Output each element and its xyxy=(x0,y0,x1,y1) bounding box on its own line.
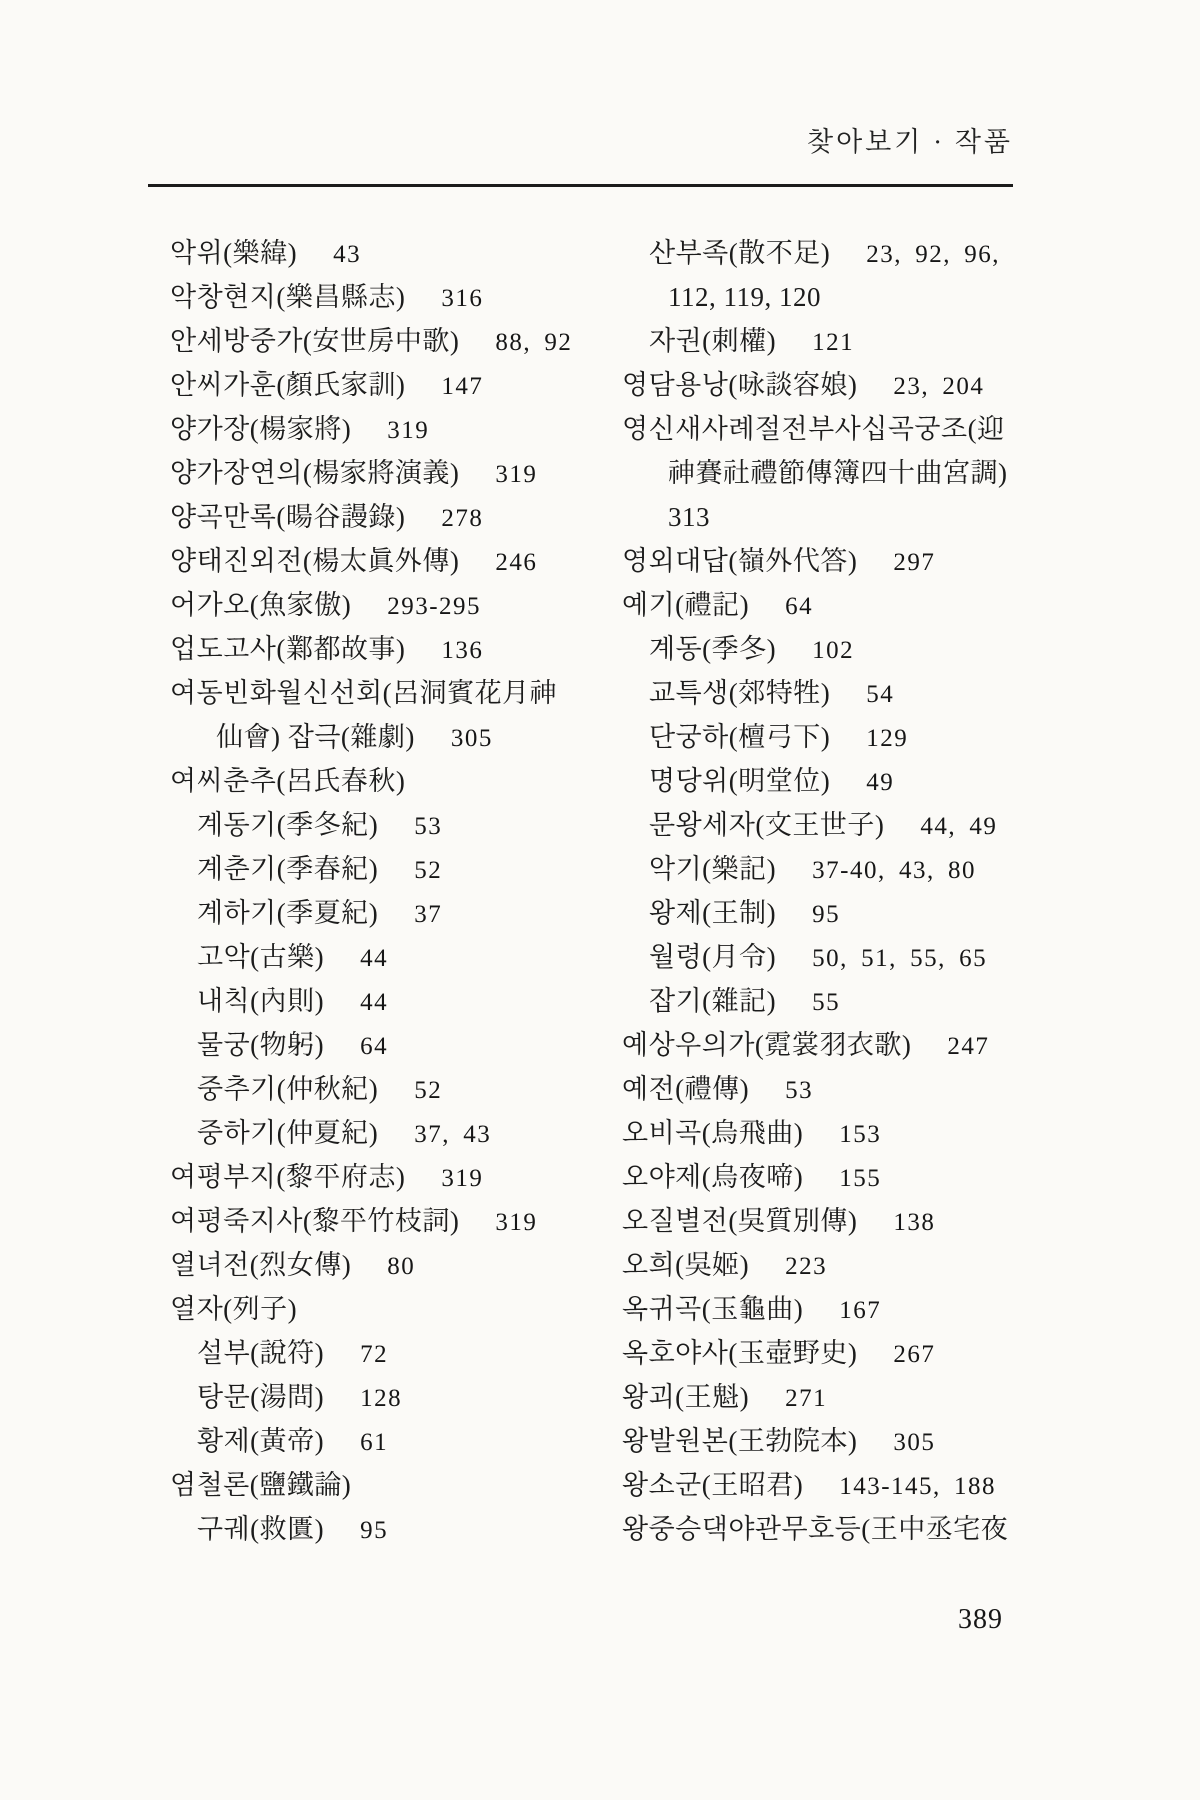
entry-text: 잡기(雜記) xyxy=(649,986,776,1016)
entry-pages: 271 xyxy=(785,1385,827,1412)
page-number: 389 xyxy=(958,1604,1003,1636)
index-entry: 잡기(雜記)55 xyxy=(622,979,1092,1023)
index-entry: 옥호야사(玉壺野史)267 xyxy=(622,1331,1092,1375)
index-entry: 열녀전(烈女傳)80 xyxy=(170,1243,622,1287)
entry-pages: 278 xyxy=(441,505,483,532)
entry-text: 악기(樂記) xyxy=(649,854,776,884)
entry-pages: 267 xyxy=(893,1341,935,1368)
entry-text: 왕발원본(王勃院本) xyxy=(622,1426,857,1456)
entry-pages: 37, 43 xyxy=(414,1121,491,1148)
entry-pages: 80 xyxy=(387,1253,415,1280)
entry-pages: 138 xyxy=(893,1209,935,1236)
index-entry: 탕문(湯問)128 xyxy=(170,1375,622,1419)
index-entry: 고악(古樂)44 xyxy=(170,935,622,979)
header-rule xyxy=(148,184,1013,187)
entry-text: 자권(刺權) xyxy=(649,326,776,356)
entry-text: 오질별전(吳質別傳) xyxy=(622,1206,857,1236)
entry-pages: 153 xyxy=(839,1121,881,1148)
entry-text: 악창현지(樂昌縣志) xyxy=(170,282,405,312)
entry-text: 염철론(鹽鐵論) xyxy=(170,1470,351,1500)
index-column-left: 악위(樂緯)43악창현지(樂昌縣志)316안세방중가(安世房中歌)88, 92안… xyxy=(170,231,622,1551)
index-entry: 설부(說符)72 xyxy=(170,1331,622,1375)
entry-pages: 316 xyxy=(441,285,483,312)
entry-pages: 50, 51, 55, 65 xyxy=(812,945,987,972)
index-entry: 112, 119, 120 xyxy=(622,275,1092,319)
entry-pages: 305 xyxy=(893,1429,935,1456)
entry-text: 업도고사(鄴都故事) xyxy=(170,634,405,664)
index-entry: 왕소군(王昭君)143-145, 188 xyxy=(622,1463,1092,1507)
entry-text: 물궁(物躬) xyxy=(197,1030,324,1060)
entry-text: 왕제(王制) xyxy=(649,898,776,928)
entry-text: 월령(月令) xyxy=(649,942,776,972)
entry-text: 황제(黃帝) xyxy=(197,1426,324,1456)
index-entry: 계하기(季夏紀)37 xyxy=(170,891,622,935)
index-entry: 왕발원본(王勃院本)305 xyxy=(622,1419,1092,1463)
index-entry: 오비곡(烏飛曲)153 xyxy=(622,1111,1092,1155)
entry-text: 탕문(湯問) xyxy=(197,1382,324,1412)
entry-text: 어가오(魚家傲) xyxy=(170,590,351,620)
entry-pages: 128 xyxy=(360,1385,402,1412)
entry-pages: 155 xyxy=(839,1165,881,1192)
entry-pages: 53 xyxy=(785,1077,813,1104)
entry-text: 영담용낭(咏談容娘) xyxy=(622,370,857,400)
entry-text: 왕소군(王昭君) xyxy=(622,1470,803,1500)
entry-text: 계동기(季冬紀) xyxy=(197,810,378,840)
entry-text: 열녀전(烈女傳) xyxy=(170,1250,351,1280)
entry-pages: 102 xyxy=(812,637,854,664)
entry-pages: 72 xyxy=(360,1341,388,1368)
entry-text: 여동빈화월신선회(呂洞賓花月神 xyxy=(170,678,557,708)
index-entry: 구궤(救匱)95 xyxy=(170,1507,622,1551)
entry-text: 안씨가훈(顏氏家訓) xyxy=(170,370,405,400)
entry-text: 神賽社禮節傳簿四十曲宮調) xyxy=(668,458,1008,488)
entry-text: 문왕세자(文王世子) xyxy=(649,810,884,840)
entry-pages: 121 xyxy=(812,329,854,356)
index-entry: 여평부지(黎平府志)319 xyxy=(170,1155,622,1199)
entry-pages: 319 xyxy=(495,1209,537,1236)
index-entry: 업도고사(鄴都故事)136 xyxy=(170,627,622,671)
entry-pages: 53 xyxy=(414,813,442,840)
index-entry: 내칙(內則)44 xyxy=(170,979,622,1023)
entry-text: 여평죽지사(黎平竹枝詞) xyxy=(170,1206,459,1236)
entry-pages: 88, 92 xyxy=(495,329,572,356)
index-entry: 왕괴(王魁)271 xyxy=(622,1375,1092,1419)
entry-text: 양가장연의(楊家將演義) xyxy=(170,458,459,488)
entry-pages: 95 xyxy=(360,1517,388,1544)
entry-text: 오야제(烏夜啼) xyxy=(622,1162,803,1192)
index-entry: 예전(禮傳)53 xyxy=(622,1067,1092,1111)
index-entry: 예상우의가(霓裳羽衣歌)247 xyxy=(622,1023,1092,1067)
index-entry: 열자(列子) xyxy=(170,1287,622,1331)
entry-pages: 319 xyxy=(441,1165,483,1192)
entry-pages: 246 xyxy=(495,549,537,576)
index-entry: 神賽社禮節傳簿四十曲宮調) xyxy=(622,451,1092,495)
entry-text: 중하기(仲夏紀) xyxy=(197,1118,378,1148)
index-entry: 양가장(楊家將)319 xyxy=(170,407,622,451)
index-entry: 仙會) 잡극(雜劇)305 xyxy=(170,715,622,759)
entry-text: 여평부지(黎平府志) xyxy=(170,1162,405,1192)
entry-pages: 23, 92, 96, xyxy=(866,241,1000,268)
entry-pages: 52 xyxy=(414,857,442,884)
entry-pages: 247 xyxy=(947,1033,989,1060)
index-entry: 명당위(明堂位)49 xyxy=(622,759,1092,803)
entry-text: 양태진외전(楊太眞外傳) xyxy=(170,546,459,576)
index-entry: 영신새사례절전부사십곡궁조(迎 xyxy=(622,407,1092,451)
index-entry: 옥귀곡(玉龜曲)167 xyxy=(622,1287,1092,1331)
index-entry: 영외대답(嶺外代答)297 xyxy=(622,539,1092,583)
entry-text: 예전(禮傳) xyxy=(622,1074,749,1104)
entry-pages: 64 xyxy=(360,1033,388,1060)
entry-text: 왕괴(王魁) xyxy=(622,1382,749,1412)
index-entry: 오희(吳姬)223 xyxy=(622,1243,1092,1287)
index-entry: 황제(黃帝)61 xyxy=(170,1419,622,1463)
index-entry: 계동(季冬)102 xyxy=(622,627,1092,671)
running-header: 찾아보기 · 작품 xyxy=(807,120,1013,159)
entry-text: 계춘기(季春紀) xyxy=(197,854,378,884)
entry-text: 313 xyxy=(668,502,710,532)
index-entry: 중추기(仲秋紀)52 xyxy=(170,1067,622,1111)
index-entry: 양태진외전(楊太眞外傳)246 xyxy=(170,539,622,583)
entry-text: 고악(古樂) xyxy=(197,942,324,972)
entry-pages: 319 xyxy=(495,461,537,488)
index-entry: 영담용낭(咏談容娘)23, 204 xyxy=(622,363,1092,407)
entry-pages: 55 xyxy=(812,989,840,1016)
entry-pages: 147 xyxy=(441,373,483,400)
entry-pages: 52 xyxy=(414,1077,442,1104)
index-entry: 양곡만록(暘谷謾錄)278 xyxy=(170,495,622,539)
entry-text: 112, 119, 120 xyxy=(668,282,821,312)
entry-pages: 305 xyxy=(451,725,493,752)
index-entry: 계춘기(季春紀)52 xyxy=(170,847,622,891)
entry-text: 명당위(明堂位) xyxy=(649,766,830,796)
entry-text: 열자(列子) xyxy=(170,1294,297,1324)
entry-text: 안세방중가(安世房中歌) xyxy=(170,326,459,356)
entry-text: 옥호야사(玉壺野史) xyxy=(622,1338,857,1368)
entry-pages: 293-295 xyxy=(387,593,481,620)
index-entry: 계동기(季冬紀)53 xyxy=(170,803,622,847)
entry-text: 계동(季冬) xyxy=(649,634,776,664)
index-entry: 자권(刺權)121 xyxy=(622,319,1092,363)
index-entry: 단궁하(檀弓下)129 xyxy=(622,715,1092,759)
entry-text: 계하기(季夏紀) xyxy=(197,898,378,928)
index-entry: 여동빈화월신선회(呂洞賓花月神 xyxy=(170,671,622,715)
entry-text: 仙會) 잡극(雜劇) xyxy=(216,722,415,752)
entry-pages: 44 xyxy=(360,989,388,1016)
book-page: 찾아보기 · 작품 악위(樂緯)43악창현지(樂昌縣志)316안세방중가(安世房… xyxy=(0,0,1200,1800)
index-entry: 악창현지(樂昌縣志)316 xyxy=(170,275,622,319)
index-entry: 오질별전(吳質別傳)138 xyxy=(622,1199,1092,1243)
index-column-right: 산부족(散不足)23, 92, 96,112, 119, 120자권(刺權)12… xyxy=(622,231,1092,1551)
index-entry: 악위(樂緯)43 xyxy=(170,231,622,275)
entry-pages: 297 xyxy=(893,549,935,576)
entry-pages: 143-145, 188 xyxy=(839,1473,996,1500)
entry-pages: 136 xyxy=(441,637,483,664)
entry-text: 단궁하(檀弓下) xyxy=(649,722,830,752)
entry-text: 구궤(救匱) xyxy=(197,1514,324,1544)
entry-text: 악위(樂緯) xyxy=(170,238,297,268)
index-entry: 월령(月令)50, 51, 55, 65 xyxy=(622,935,1092,979)
entry-pages: 64 xyxy=(785,593,813,620)
index-entry: 예기(禮記)64 xyxy=(622,583,1092,627)
index-entry: 왕제(王制)95 xyxy=(622,891,1092,935)
entry-text: 예기(禮記) xyxy=(622,590,749,620)
index-entry: 안씨가훈(顏氏家訓)147 xyxy=(170,363,622,407)
index-entry: 왕중승댁야관무호등(王中丞宅夜 xyxy=(622,1507,1092,1551)
entry-pages: 44 xyxy=(360,945,388,972)
entry-text: 왕중승댁야관무호등(王中丞宅夜 xyxy=(622,1514,1008,1544)
index-entry: 여씨춘추(呂氏春秋) xyxy=(170,759,622,803)
index-entry: 교특생(郊特牲)54 xyxy=(622,671,1092,715)
index-entry: 산부족(散不足)23, 92, 96, xyxy=(622,231,1092,275)
index-entry: 안세방중가(安世房中歌)88, 92 xyxy=(170,319,622,363)
entry-text: 예상우의가(霓裳羽衣歌) xyxy=(622,1030,911,1060)
index-entry: 오야제(烏夜啼)155 xyxy=(622,1155,1092,1199)
index-entry: 여평죽지사(黎平竹枝詞)319 xyxy=(170,1199,622,1243)
index-entry: 중하기(仲夏紀)37, 43 xyxy=(170,1111,622,1155)
entry-text: 오비곡(烏飛曲) xyxy=(622,1118,803,1148)
entry-text: 영외대답(嶺外代答) xyxy=(622,546,857,576)
entry-text: 양가장(楊家將) xyxy=(170,414,351,444)
entry-pages: 23, 204 xyxy=(893,373,984,400)
entry-pages: 223 xyxy=(785,1253,827,1280)
entry-pages: 129 xyxy=(866,725,908,752)
index-entry: 물궁(物躬)64 xyxy=(170,1023,622,1067)
index-entry: 313 xyxy=(622,495,1092,539)
entry-text: 오희(吳姬) xyxy=(622,1250,749,1280)
entry-pages: 43 xyxy=(333,241,361,268)
entry-pages: 167 xyxy=(839,1297,881,1324)
entry-pages: 61 xyxy=(360,1429,388,1456)
entry-text: 설부(說符) xyxy=(197,1338,324,1368)
entry-text: 교특생(郊特牲) xyxy=(649,678,830,708)
index-entry: 어가오(魚家傲)293-295 xyxy=(170,583,622,627)
entry-text: 중추기(仲秋紀) xyxy=(197,1074,378,1104)
entry-text: 양곡만록(暘谷謾錄) xyxy=(170,502,405,532)
entry-text: 산부족(散不足) xyxy=(649,238,830,268)
entry-pages: 37 xyxy=(414,901,442,928)
index-entry: 양가장연의(楊家將演義)319 xyxy=(170,451,622,495)
index-entry: 염철론(鹽鐵論) xyxy=(170,1463,622,1507)
entry-text: 여씨춘추(呂氏春秋) xyxy=(170,766,405,796)
entry-pages: 95 xyxy=(812,901,840,928)
entry-pages: 37-40, 43, 80 xyxy=(812,857,976,884)
entry-pages: 54 xyxy=(866,681,894,708)
index-entry: 악기(樂記)37-40, 43, 80 xyxy=(622,847,1092,891)
entry-pages: 49 xyxy=(866,769,894,796)
entry-pages: 319 xyxy=(387,417,429,444)
entry-text: 내칙(內則) xyxy=(197,986,324,1016)
entry-pages: 44, 49 xyxy=(920,813,997,840)
entry-text: 옥귀곡(玉龜曲) xyxy=(622,1294,803,1324)
index-entry: 문왕세자(文王世子)44, 49 xyxy=(622,803,1092,847)
entry-text: 영신새사례절전부사십곡궁조(迎 xyxy=(622,414,1005,444)
